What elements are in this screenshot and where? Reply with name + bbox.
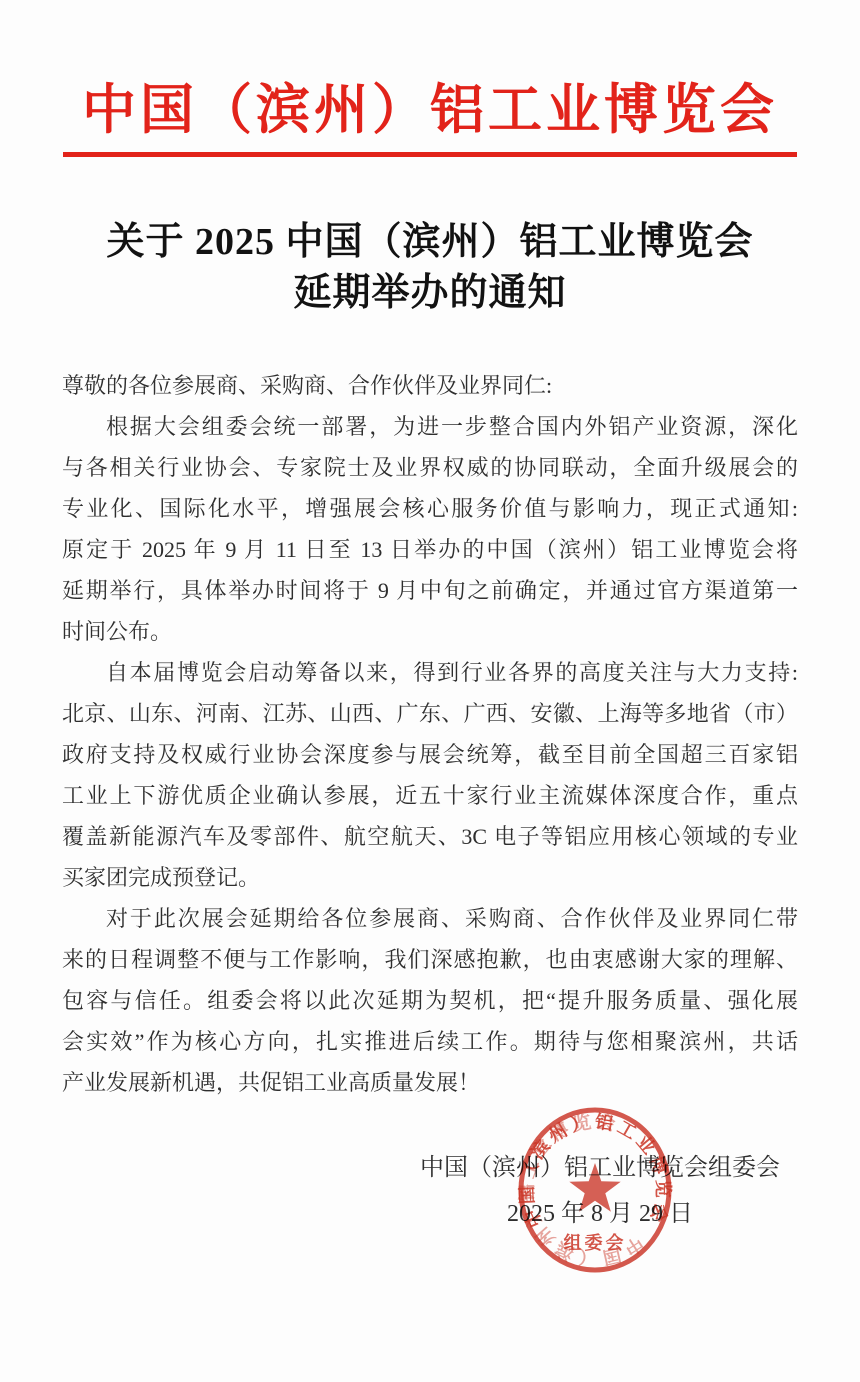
body-line: 原定于 2025 年 9 月 11 日至 13 日举办的中国（滨州）铝工业博览会… <box>62 529 798 570</box>
expo-banner-title: 中国（滨州）铝工业博览会 <box>62 80 798 140</box>
notice-title: 关于 2025 中国（滨州）铝工业博览会 延期举办的通知 <box>62 217 798 319</box>
body-line: 延期举行，具体举办时间将于 9 月中旬之前确定，并通过官方渠道第一 <box>62 570 798 611</box>
signature-org: 中国（滨州）铝工业博览会组委会 <box>420 1145 780 1191</box>
body-line: 时间公布。 <box>62 611 798 652</box>
body-line: 产业发展新机遇，共促铝工业高质量发展！ <box>62 1062 798 1103</box>
body-line: 买家团完成预登记。 <box>62 857 798 898</box>
notice-body: 尊敬的各位参展商、采购商、合作伙伴及业界同仁:根据大会组委会统一部署，为进一步整… <box>62 365 798 1103</box>
body-line: 与各相关行业协会、专家院士及业界权威的协同联动，全面升级展会的 <box>62 447 798 488</box>
body-line: 包容与信任。组委会将以此次延期为契机，把“提升服务质量、强化展 <box>62 980 798 1021</box>
body-line: 根据大会组委会统一部署，为进一步整合国内外铝产业资源，深化 <box>62 406 798 447</box>
body-line: 工业上下游优质企业确认参展，近五十家行业主流媒体深度合作，重点 <box>62 775 798 816</box>
body-line: 会实效”作为核心方向，扎实推进后续工作。期待与您相聚滨州，共话 <box>62 1021 798 1062</box>
body-line: 尊敬的各位参展商、采购商、合作伙伴及业界同仁: <box>62 365 798 406</box>
notice-title-line2: 延期举办的通知 <box>62 268 798 319</box>
body-line: 来的日程调整不便与工作影响，我们深感抱歉，也由衷感谢大家的理解、 <box>62 939 798 980</box>
body-line: 政府支持及权威行业协会深度参与展会统筹，截至目前全国超三百家铝 <box>62 734 798 775</box>
body-line: 覆盖新能源汽车及零部件、航空航天、3C 电子等铝应用核心领域的专业 <box>62 816 798 857</box>
banner-divider <box>63 152 797 157</box>
body-line: 专业化、国际化水平，增强展会核心服务价值与影响力，现正式通知: <box>62 488 798 529</box>
notice-document: 中国（滨州）铝工业博览会 关于 2025 中国（滨州）铝工业博览会 延期举办的通… <box>0 0 860 1382</box>
body-line: 自本届博览会启动筹备以来，得到行业各界的高度关注与大力支持: <box>62 652 798 693</box>
body-line: 北京、山东、河南、江苏、山西、广东、广西、安徽、上海等多地省（市） <box>62 693 798 734</box>
signature-block: 中国（滨州）铝工业博览会组委会 2025 年 8 月 29 日 <box>420 1145 780 1237</box>
body-line: 对于此次展会延期给各位参展商、采购商、合作伙伴及业界同仁带 <box>62 898 798 939</box>
signature-date: 2025 年 8 月 29 日 <box>420 1191 780 1237</box>
notice-title-line1: 关于 2025 中国（滨州）铝工业博览会 <box>62 217 798 268</box>
